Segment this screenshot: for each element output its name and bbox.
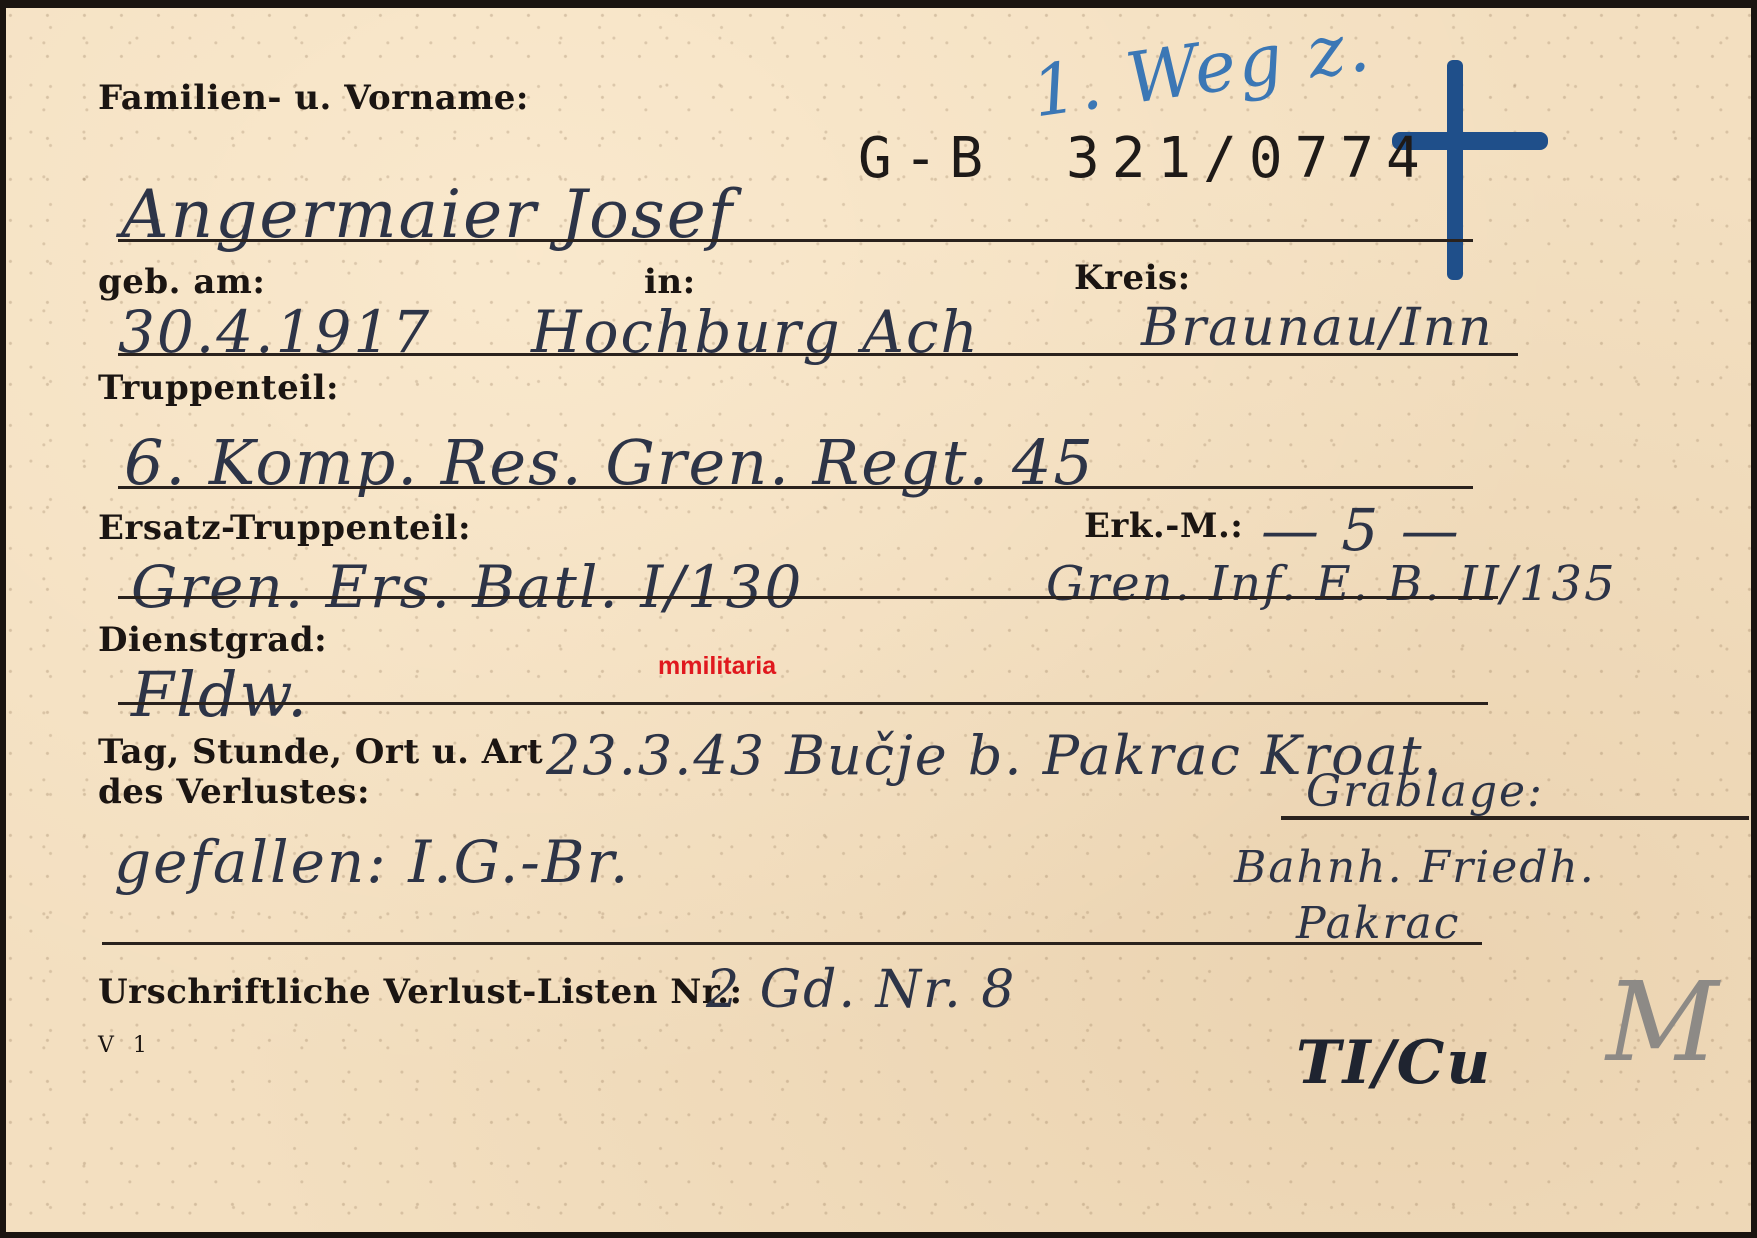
rule-unit bbox=[118, 486, 1473, 489]
born-in-label: in: bbox=[644, 262, 696, 302]
original-list-label: Urschriftliche Verlust-Listen Nr.: bbox=[98, 972, 743, 1012]
loss-label-line2: des Verlustes: bbox=[98, 772, 370, 812]
rule-rank bbox=[118, 702, 1488, 705]
loss-label-line1: Tag, Stunde, Ort u. Art bbox=[98, 732, 543, 772]
form-code: V 1 bbox=[98, 1033, 153, 1058]
replacement-unit-value: Gren. Ers. Batl. I/130 bbox=[131, 553, 803, 621]
unit-label: Truppenteil: bbox=[98, 368, 339, 408]
id-tag-label: Erk.-M.: bbox=[1084, 506, 1243, 546]
initials-ink: TI/Cu bbox=[1296, 1028, 1492, 1098]
original-list-value: 2 Gd. Nr. 8 bbox=[706, 960, 1016, 1020]
rank-value: Fldw. bbox=[131, 658, 309, 731]
rule-loss bbox=[102, 942, 1482, 945]
reference-number: 321/0774 bbox=[1066, 126, 1432, 191]
rule-grave bbox=[1281, 816, 1749, 820]
grave-label: Grablage: bbox=[1306, 766, 1544, 817]
id-tag-value: — 5 — bbox=[1261, 496, 1461, 564]
rule-name bbox=[118, 239, 1473, 242]
name-label: Familien- u. Vorname: bbox=[98, 78, 529, 118]
rule-birth bbox=[118, 353, 1518, 356]
replacement-unit-label: Ersatz-Truppenteil: bbox=[98, 508, 471, 548]
cross-icon bbox=[1447, 60, 1463, 280]
casualty-index-card: 1. Weg z. G-B 321/0774 Familien- u. Vorn… bbox=[6, 8, 1751, 1232]
loss-value-line2: gefallen: I.G.-Br. bbox=[114, 828, 630, 896]
rank-label: Dienstgrad: bbox=[98, 620, 327, 660]
id-tag-unit-value: Gren. Inf. E. B. II/135 bbox=[1046, 556, 1617, 612]
district-value: Braunau/Inn bbox=[1141, 298, 1494, 358]
blue-pencil-note: 1. Weg z. bbox=[1027, 8, 1376, 133]
born-on-label: geb. am: bbox=[98, 262, 265, 302]
rule-replacement bbox=[118, 596, 1498, 599]
initials-pencil: M bbox=[1606, 958, 1719, 1086]
grave-value-line1: Bahnh. Friedh. bbox=[1234, 842, 1596, 893]
watermark: mmilitaria bbox=[658, 652, 776, 681]
district-label: Kreis: bbox=[1074, 258, 1191, 298]
reference-prefix: G-B bbox=[858, 126, 995, 191]
